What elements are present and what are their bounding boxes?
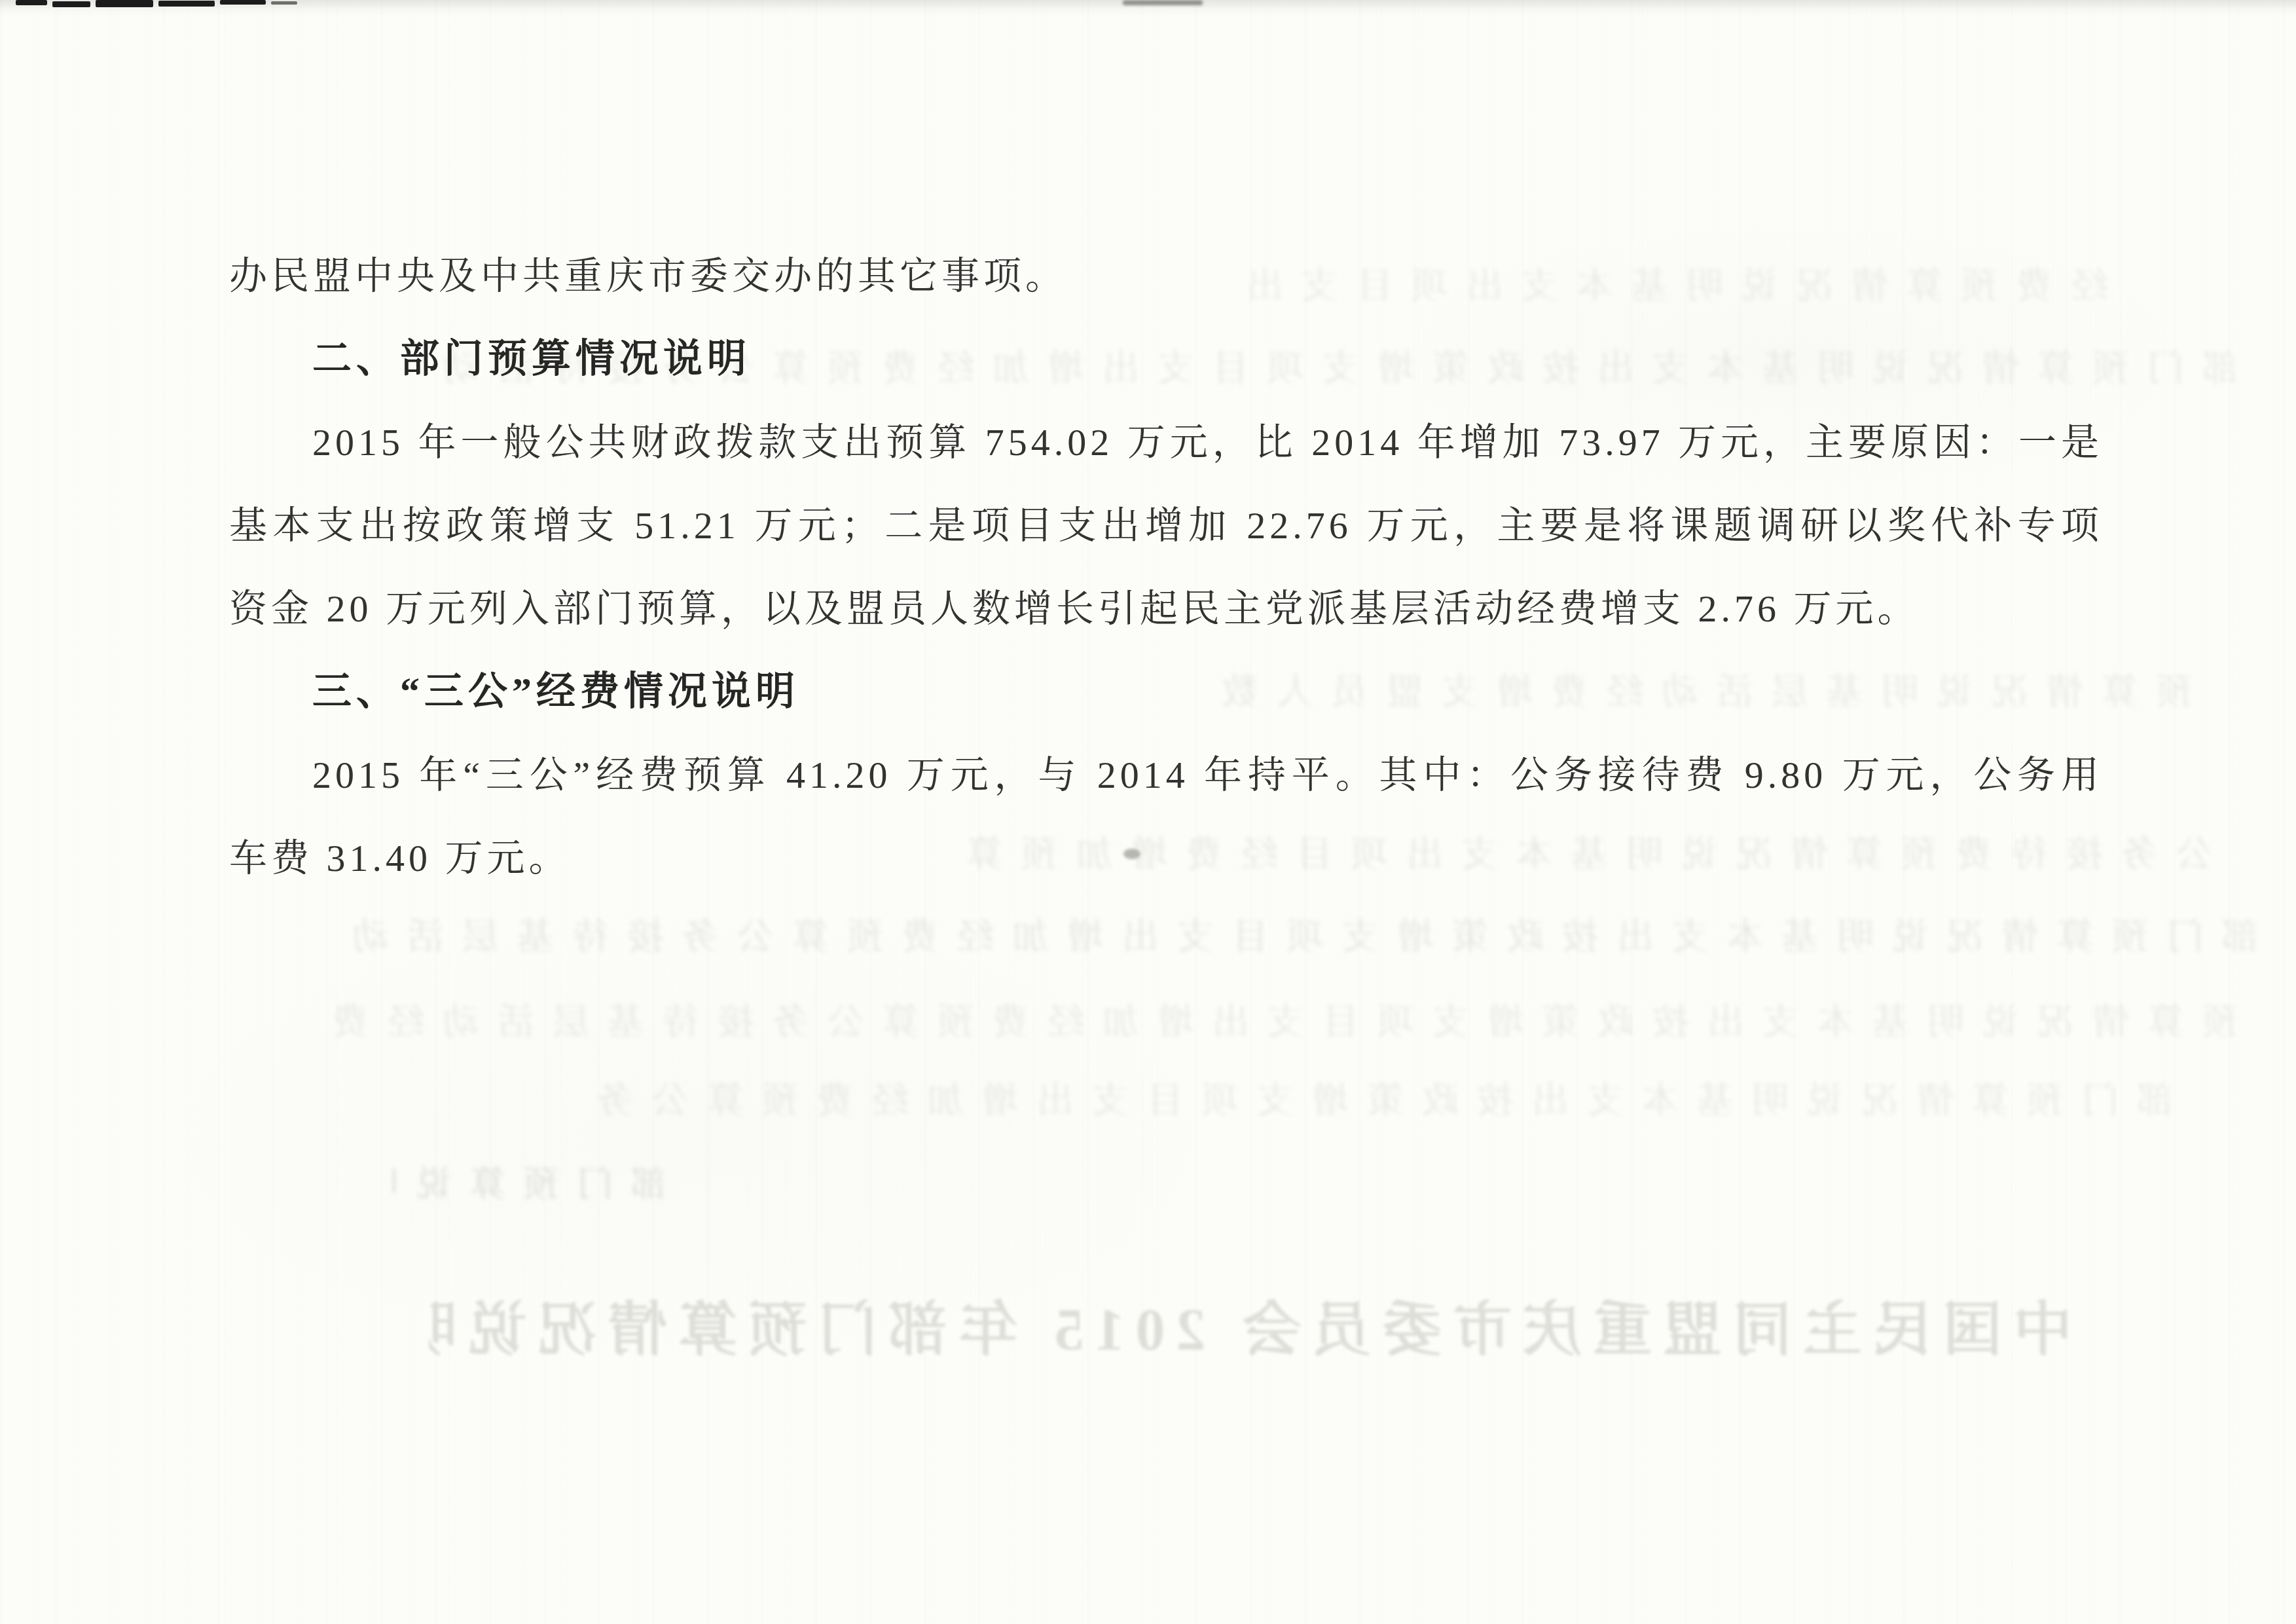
document-text: 办民盟中央及中共重庆市委交办的其它事项。二、部门预算情况说明2015 年一般公共… xyxy=(229,234,2103,900)
scan-artifact-dash xyxy=(96,0,153,7)
scanned-document-page: { "page": { "width": 3507, "height": 248… xyxy=(0,0,2296,1624)
scan-artifact-dash xyxy=(16,0,47,5)
scan-artifact-dash xyxy=(52,1,90,7)
text-line: 三、“三公”经费情况说明 xyxy=(229,650,2103,733)
scan-artifact-dash xyxy=(220,0,266,5)
scan-artifact-smudge xyxy=(1123,0,1203,5)
text-line: 车费 31.40 万元。 xyxy=(229,817,2103,900)
text-line: 二、部门预算情况说明 xyxy=(229,318,2103,401)
text-line: 基本支出按政策增支 51.21 万元；二是项目支出增加 22.76 万元，主要是… xyxy=(229,484,2103,567)
scan-artifact-dash xyxy=(271,1,297,5)
text-line: 2015 年“三公”经费预算 41.20 万元，与 2014 年持平。其中：公务… xyxy=(229,733,2103,817)
text-line: 资金 20 万元列入部门预算，以及盟员人数增长引起民主党派基层活动经费增支 2.… xyxy=(229,567,2103,650)
scan-artifact-dash xyxy=(158,1,215,7)
text-line: 2015 年一般公共财政拨款支出预算 754.02 万元，比 2014 年增加 … xyxy=(229,401,2103,484)
text-line: 办民盟中央及中共重庆市委交办的其它事项。 xyxy=(229,234,2103,318)
